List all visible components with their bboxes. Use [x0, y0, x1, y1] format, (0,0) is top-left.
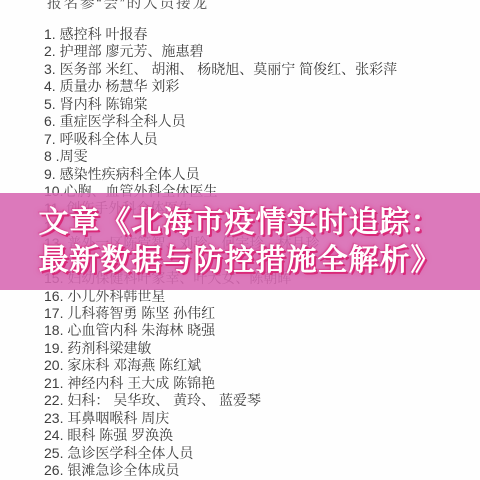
list-item: 6. 重症医学科全科人员: [44, 113, 476, 130]
list-item: 8 .周雯: [44, 148, 476, 165]
list-item: 19. 药剂科梁建敏: [44, 340, 476, 357]
list-item: 5. 肾内科 陈锦棠: [44, 96, 476, 113]
overlay-title-line2: 最新数据与防控措施全解析》: [39, 242, 442, 280]
header-clipped-text: 报名参“会”的人员接龙: [47, 0, 209, 13]
overlay-title-line1: 文章《北海市疫情实时追踪：: [39, 204, 442, 242]
list-item: 24. 眼科 陈强 罗涣涣: [44, 427, 476, 444]
list-item: 21. 神经内科 王大成 陈锦艳: [44, 375, 476, 392]
list-item: 7. 呼吸科全体人员: [44, 131, 476, 148]
list-item: 1. 感控科 叶报春: [44, 26, 476, 43]
list-item: 22. 妇科： 吴华玫、 黄玲、 蓝爱琴: [44, 392, 476, 409]
list-item: 26. 银滩急诊全体成员: [44, 462, 476, 479]
list-item: 2. 护理部 廖元芳、施惠碧: [44, 43, 476, 60]
list-item: 20. 家床科 邓海燕 陈红斌: [44, 357, 476, 374]
list-item: 9. 感染性疾病科全体人员: [44, 166, 476, 183]
list-item: 23. 耳鼻咽喉科 周庆: [44, 410, 476, 427]
list-item: 3. 医务部 米红、 胡湘、 杨晓旭、莫丽宁 简俊红、张彩萍: [44, 61, 476, 78]
list-item: 16. 小儿外科韩世星: [44, 288, 476, 305]
list-item: 17. 儿科蒋智勇 陈坚 孙伟红: [44, 305, 476, 322]
list-item: 4. 质量办 杨慧华 刘彩: [44, 78, 476, 95]
list-item: 25. 急诊医学科全体人员: [44, 445, 476, 462]
list-item: 18. 心血管内科 朱海林 晓强: [44, 322, 476, 339]
page: 报名参“会”的人员接龙 1. 感控科 叶报春2. 护理部 廖元芳、施惠碧3. 医…: [0, 0, 480, 480]
overlay-banner: 文章《北海市疫情实时追踪： 最新数据与防控措施全解析》: [0, 193, 480, 290]
